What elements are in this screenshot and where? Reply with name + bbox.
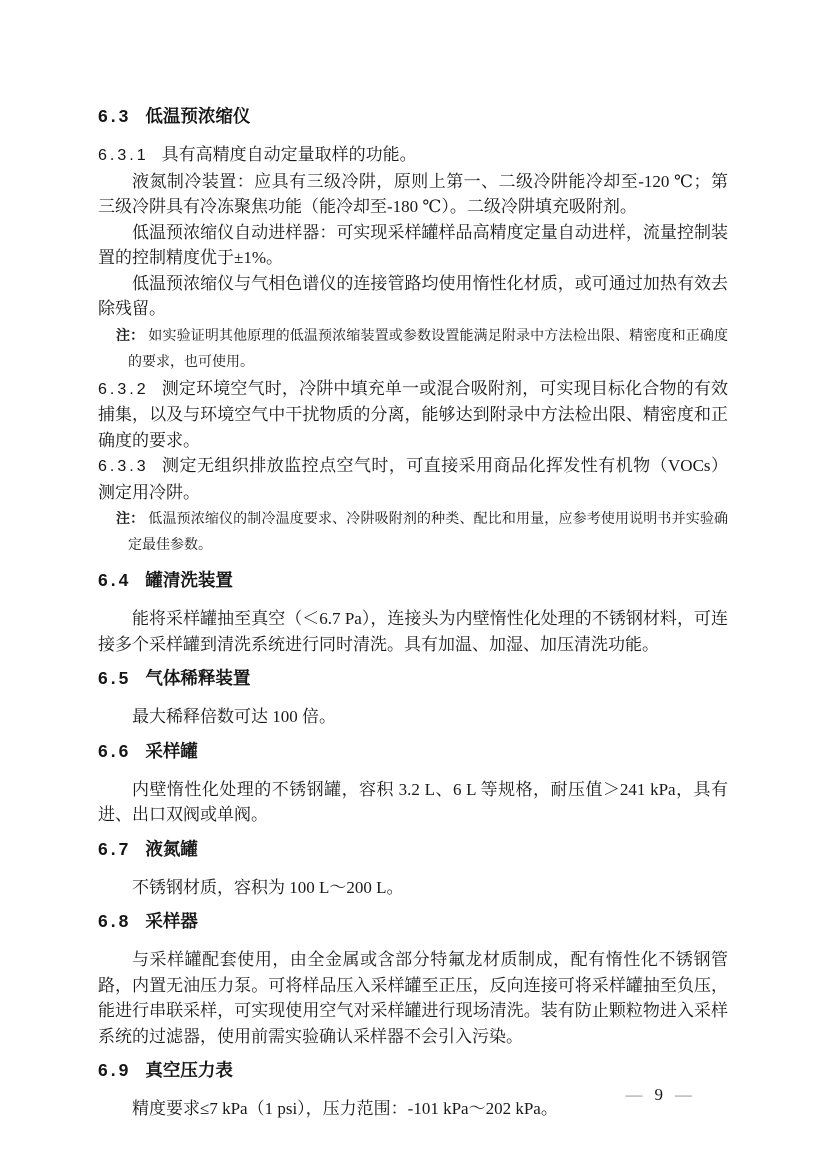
paragraph: 内壁惰性化处理的不锈钢罐，容积 3.2 L、6 L 等规格，耐压值＞241 kP… [98,777,728,828]
section-number: 6.9 [98,1060,131,1080]
section-title: 采样器 [145,911,198,931]
section-heading-6-5: 6.5气体稀释装置 [98,665,728,691]
footer-right-dash: — [675,1085,692,1104]
section-number: 6.5 [98,668,131,688]
note-label: 注： [116,510,144,526]
section-number: 6.8 [98,911,131,931]
clause-6-3-3: 6.3.3测定无组织排放监控点空气时，可直接采用商品化挥发性有机物（VOCs）测… [98,453,728,505]
section-title: 气体稀释装置 [145,668,250,688]
clause-6-3-1: 6.3.1具有高精度自动定量取样的功能。 [98,142,728,169]
page-number: 9 [655,1085,664,1104]
note-text: 如实验证明其他原理的低温预浓缩装置或参数设置能满足附录中方法检出限、精密度和正确… [128,329,728,370]
footer-left-dash: — [626,1085,643,1104]
paragraph: 与采样罐配套使用，由全金属或含部分特氟龙材质制成，配有惰性化不锈钢管路，内置无油… [98,947,728,1049]
clause-number: 6.3.2 [98,381,149,398]
document-page: 6.3低温预浓缩仪 6.3.1具有高精度自动定量取样的功能。 液氮制冷装置：应具… [0,0,826,1169]
clause-number: 6.3.1 [98,147,149,164]
section-title: 罐清洗装置 [145,570,233,590]
paragraph: 不锈钢材质，容积为 100 L～200 L。 [98,875,728,901]
clause-number: 6.3.3 [98,458,149,475]
section-number: 6.4 [98,570,131,590]
section-title: 采样罐 [145,741,198,761]
section-heading-6-7: 6.7液氮罐 [98,836,728,862]
section-heading-6-3: 6.3低温预浓缩仪 [98,103,728,129]
paragraph: 液氮制冷装置：应具有三级冷阱，原则上第一、二级冷阱能冷却至-120 ℃；第三级冷… [98,169,728,220]
section-number: 6.7 [98,839,131,859]
section-heading-6-6: 6.6采样罐 [98,738,728,764]
section-title: 低温预浓缩仪 [145,106,250,126]
section-number: 6.3 [98,106,131,126]
paragraph: 能将采样罐抽至真空（＜6.7 Pa），连接头为内壁惰性化处理的不锈钢材料，可连接… [98,606,728,657]
section-title: 真空压力表 [145,1060,233,1080]
note-text: 低温预浓缩仪的制冷温度要求、冷阱吸附剂的种类、配比和用量，应参考使用说明书并实验… [128,512,728,553]
paragraph: 最大稀释倍数可达 100 倍。 [98,704,728,730]
clause-6-3-2: 6.3.2测定环境空气时，冷阱中填充单一或混合吸附剂，可实现目标化合物的有效捕集… [98,376,728,454]
note-block: 注：低温预浓缩仪的制冷温度要求、冷阱吸附剂的种类、配比和用量，应参考使用说明书并… [98,505,728,559]
page-footer: —9— [0,1084,826,1106]
section-heading-6-4: 6.4罐清洗装置 [98,567,728,593]
note-label: 注： [116,327,144,343]
section-heading-6-8: 6.8采样器 [98,908,728,934]
paragraph: 低温预浓缩仪与气相色谱仪的连接管路均使用惰性化材质，或可通过加热有效去除残留。 [98,271,728,322]
section-title: 液氮罐 [145,839,198,859]
section-number: 6.6 [98,741,131,761]
note-block: 注：如实验证明其他原理的低温预浓缩装置或参数设置能满足附录中方法检出限、精密度和… [98,322,728,376]
section-heading-6-9: 6.9真空压力表 [98,1057,728,1083]
clause-text: 测定环境空气时，冷阱中填充单一或混合吸附剂，可实现目标化合物的有效捕集，以及与环… [98,379,728,450]
clause-text: 测定无组织排放监控点空气时，可直接采用商品化挥发性有机物（VOCs）测定用冷阱。 [98,456,728,502]
clause-text: 具有高精度自动定量取样的功能。 [162,145,417,164]
paragraph: 低温预浓缩仪自动进样器：可实现采样罐样品高精度定量自动进样，流量控制装置的控制精… [98,220,728,271]
